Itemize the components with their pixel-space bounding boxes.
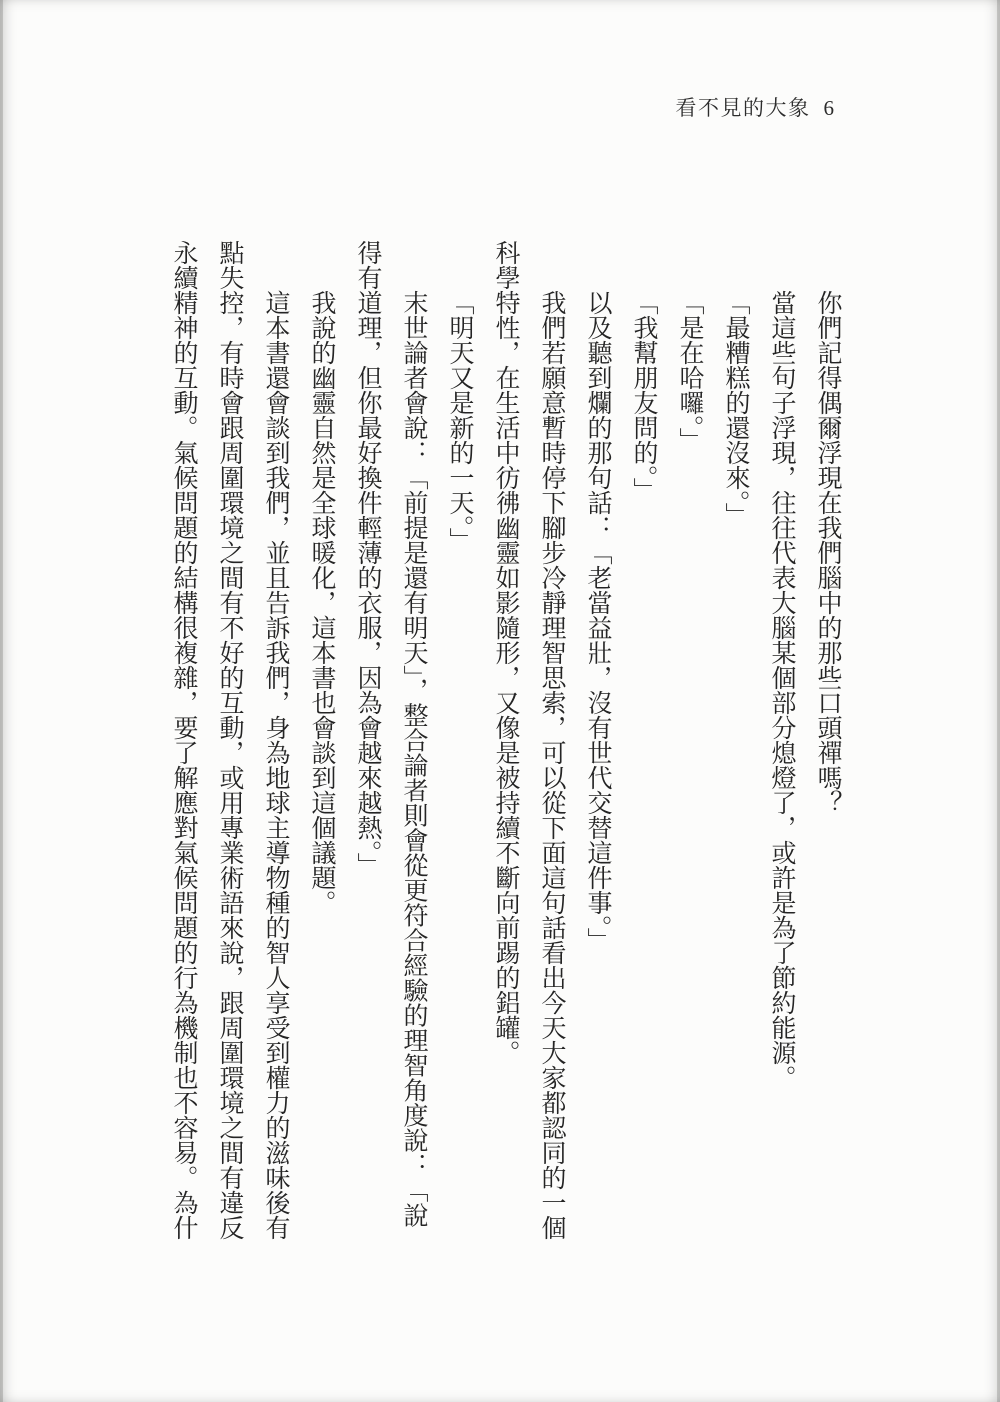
paragraph: 你們記得偶爾浮現在我們腦中的那些口頭禪嗎？ xyxy=(804,240,850,1252)
paragraph: 「我幫朋友問的。」 xyxy=(620,240,666,1252)
paragraph: 我說的幽靈自然是全球暖化，這本書也會談到這個議題。 xyxy=(298,240,344,1252)
paragraph: 這本書還會談到我們，並且告訴我們，身為地球主導物種的智人享受到權力的滋味後有點失… xyxy=(160,240,298,1252)
paragraph: 「是在哈囉。」 xyxy=(666,240,712,1252)
book-page: 看不見的大象6 你們記得偶爾浮現在我們腦中的那些口頭禪嗎？ 當這些句子浮現，往往… xyxy=(0,0,1000,1402)
paragraph: 我們若願意暫時停下腳步冷靜理智思索，可以從下面這句話看出今天大家都認同的一個科學… xyxy=(482,240,574,1252)
paragraph: 「明天又是新的一天。」 xyxy=(436,240,482,1252)
page-number: 6 xyxy=(824,96,835,120)
running-header-title: 看不見的大象 xyxy=(676,96,811,120)
body-text: 你們記得偶爾浮現在我們腦中的那些口頭禪嗎？ 當這些句子浮現，往往代表大腦某個部分… xyxy=(160,240,850,1252)
paragraph: 「最糟糕的還沒來。」 xyxy=(712,240,758,1252)
paragraph: 以及聽到爛的那句話：「老當益壯，沒有世代交替這件事。」 xyxy=(574,240,620,1252)
paragraph: 末世論者會說：「前提是還有明天」，整合論者則會從更符合經驗的理智角度說：「說得有… xyxy=(344,240,436,1252)
paragraph: 當這些句子浮現，往往代表大腦某個部分熄燈了，或許是為了節約能源。 xyxy=(758,240,804,1252)
running-header: 看不見的大象6 xyxy=(676,92,835,122)
